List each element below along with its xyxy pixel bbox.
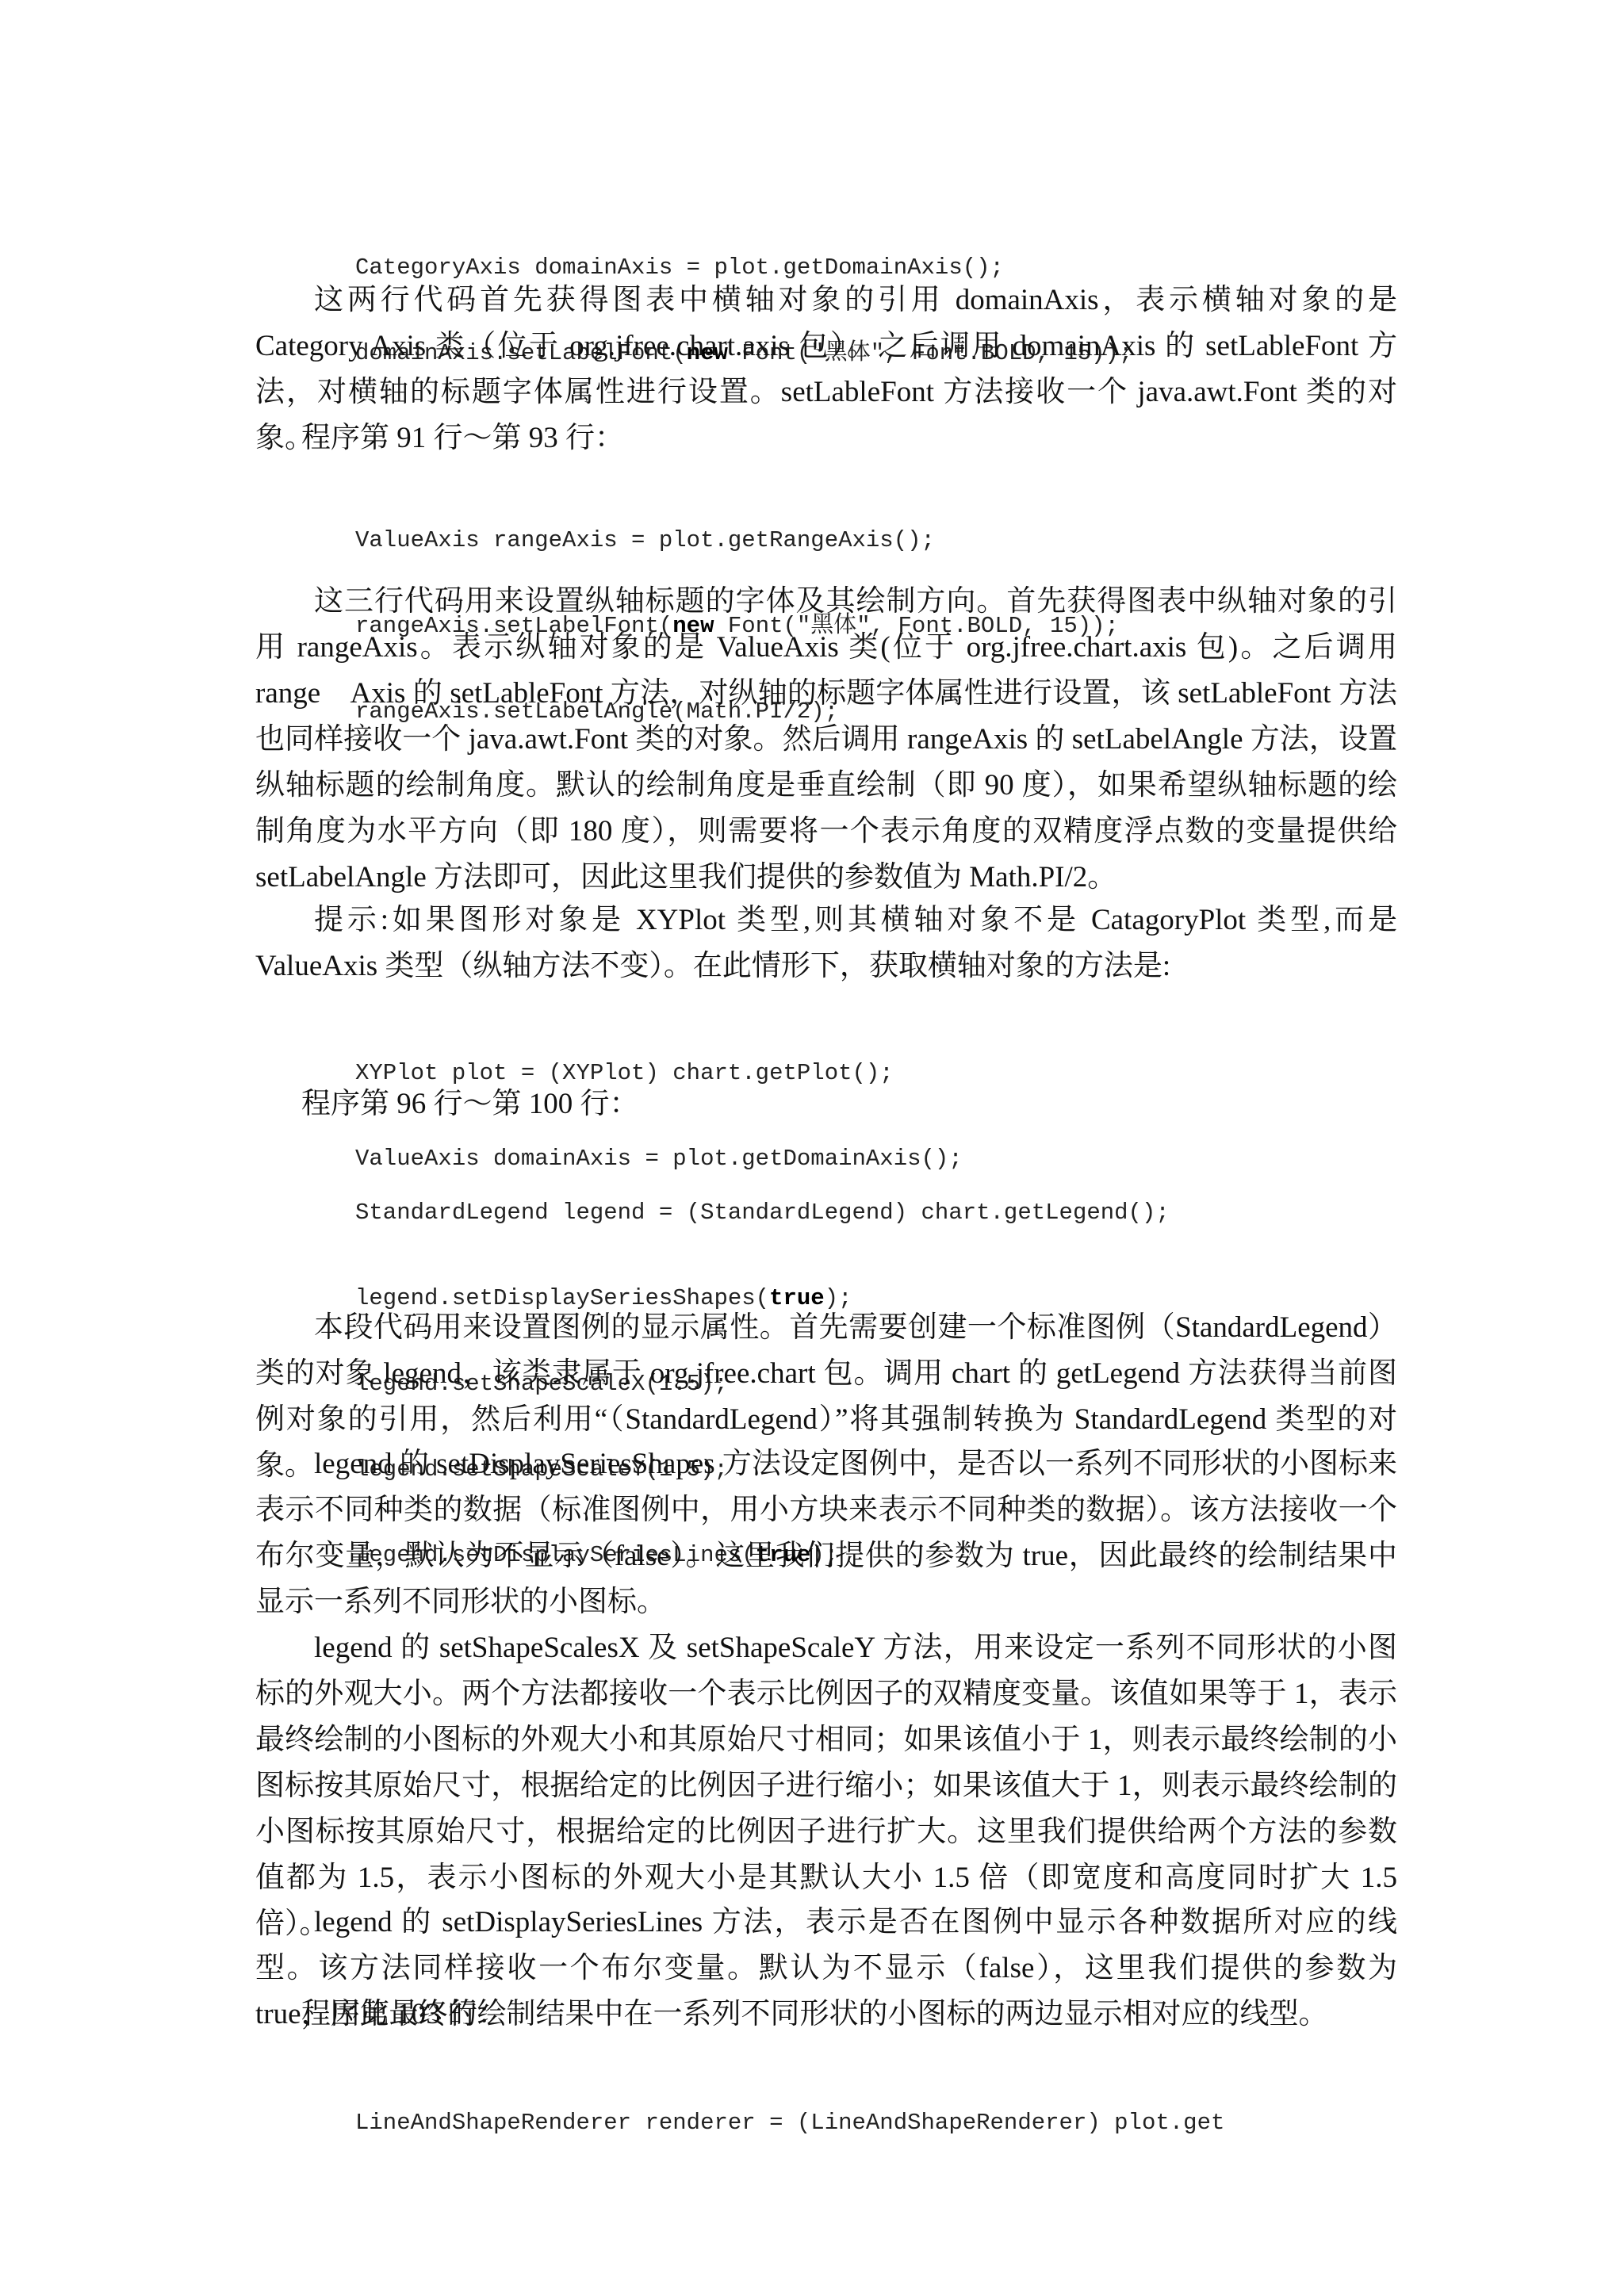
tip-note: 提示:如果图形对象是 XYPlot 类型,则其横轴对象不是 CatagoryPl… [255,897,1397,989]
document-page: CategoryAxis domainAxis = plot.getDomain… [0,0,1624,2296]
code-line: LineAndShapeRenderer renderer = (LineAnd… [355,2109,1224,2137]
code-block-renderer: LineAndShapeRenderer renderer = (LineAnd… [355,2052,1224,2195]
section-label-lines-91-93: 程序第 91 行～第 93 行： [301,415,624,461]
code-line: ValueAxis rangeAxis = plot.getRangeAxis(… [355,526,1119,555]
section-label-lines-96-100: 程序第 96 行～第 100 行： [301,1081,639,1127]
paragraph-display-series-shapes: legend 的 setDisplaySeriesShapes 方法设定图例中，… [255,1441,1397,1625]
paragraph-range-axis-explanation: 这三行代码用来设置纵轴标题的字体及其绘制方向。首先获得图表中纵轴对象的引用 ra… [255,579,1397,901]
section-label-line-103: 程序第 103 行： [301,1992,507,2038]
code-line: StandardLegend legend = (StandardLegend)… [355,1199,1170,1227]
